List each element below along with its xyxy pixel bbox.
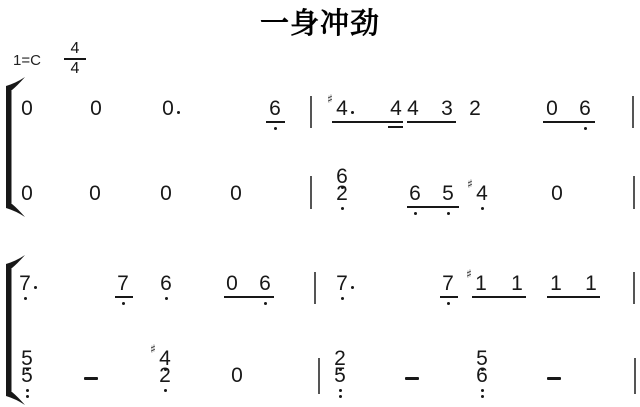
chord-lower-digit: 6 bbox=[462, 365, 502, 386]
chord: 56 bbox=[0, 0, 640, 407]
sheet-music-page: 一身冲劲 1=C 4 4 00064♯443206000062654♯07760… bbox=[0, 0, 640, 407]
octave-dot bbox=[481, 395, 484, 398]
barline bbox=[634, 358, 636, 394]
score-area: 00064♯443206000062654♯077606771♯111554♯2… bbox=[0, 0, 640, 407]
system2-lower-staff: 554♯202556 bbox=[0, 0, 640, 407]
barline bbox=[318, 358, 320, 394]
octave-dot bbox=[481, 389, 484, 392]
dash-note bbox=[547, 377, 561, 380]
